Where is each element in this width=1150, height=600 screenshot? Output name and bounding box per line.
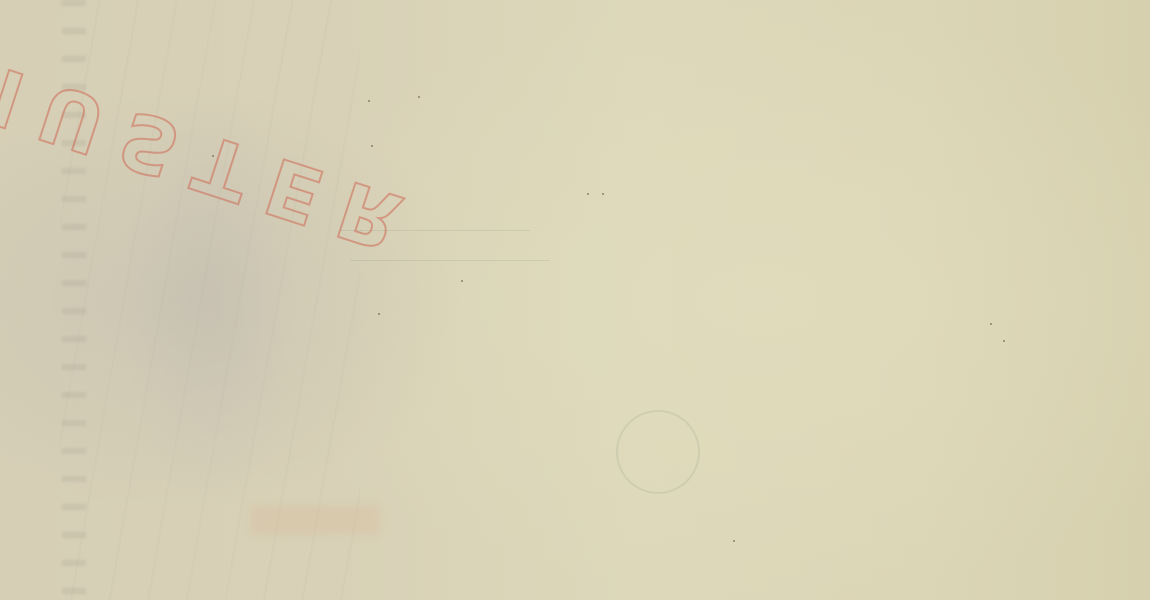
banknote-reverse: MUSTER: [0, 0, 1150, 600]
paper-speck: [368, 100, 370, 102]
paper-smudge: [250, 505, 380, 535]
paper-speck: [733, 540, 735, 542]
paper-speck: [461, 280, 463, 282]
paper-speck: [587, 193, 589, 195]
paper-speck: [990, 323, 992, 325]
paper-speck: [371, 145, 373, 147]
paper-speck: [1003, 340, 1005, 342]
paper-speck: [212, 155, 214, 157]
paper-speck: [418, 96, 420, 98]
paper-speck: [378, 313, 380, 315]
specimen-stamp: MUSTER: [385, 175, 1005, 475]
paper-speck: [602, 193, 604, 195]
